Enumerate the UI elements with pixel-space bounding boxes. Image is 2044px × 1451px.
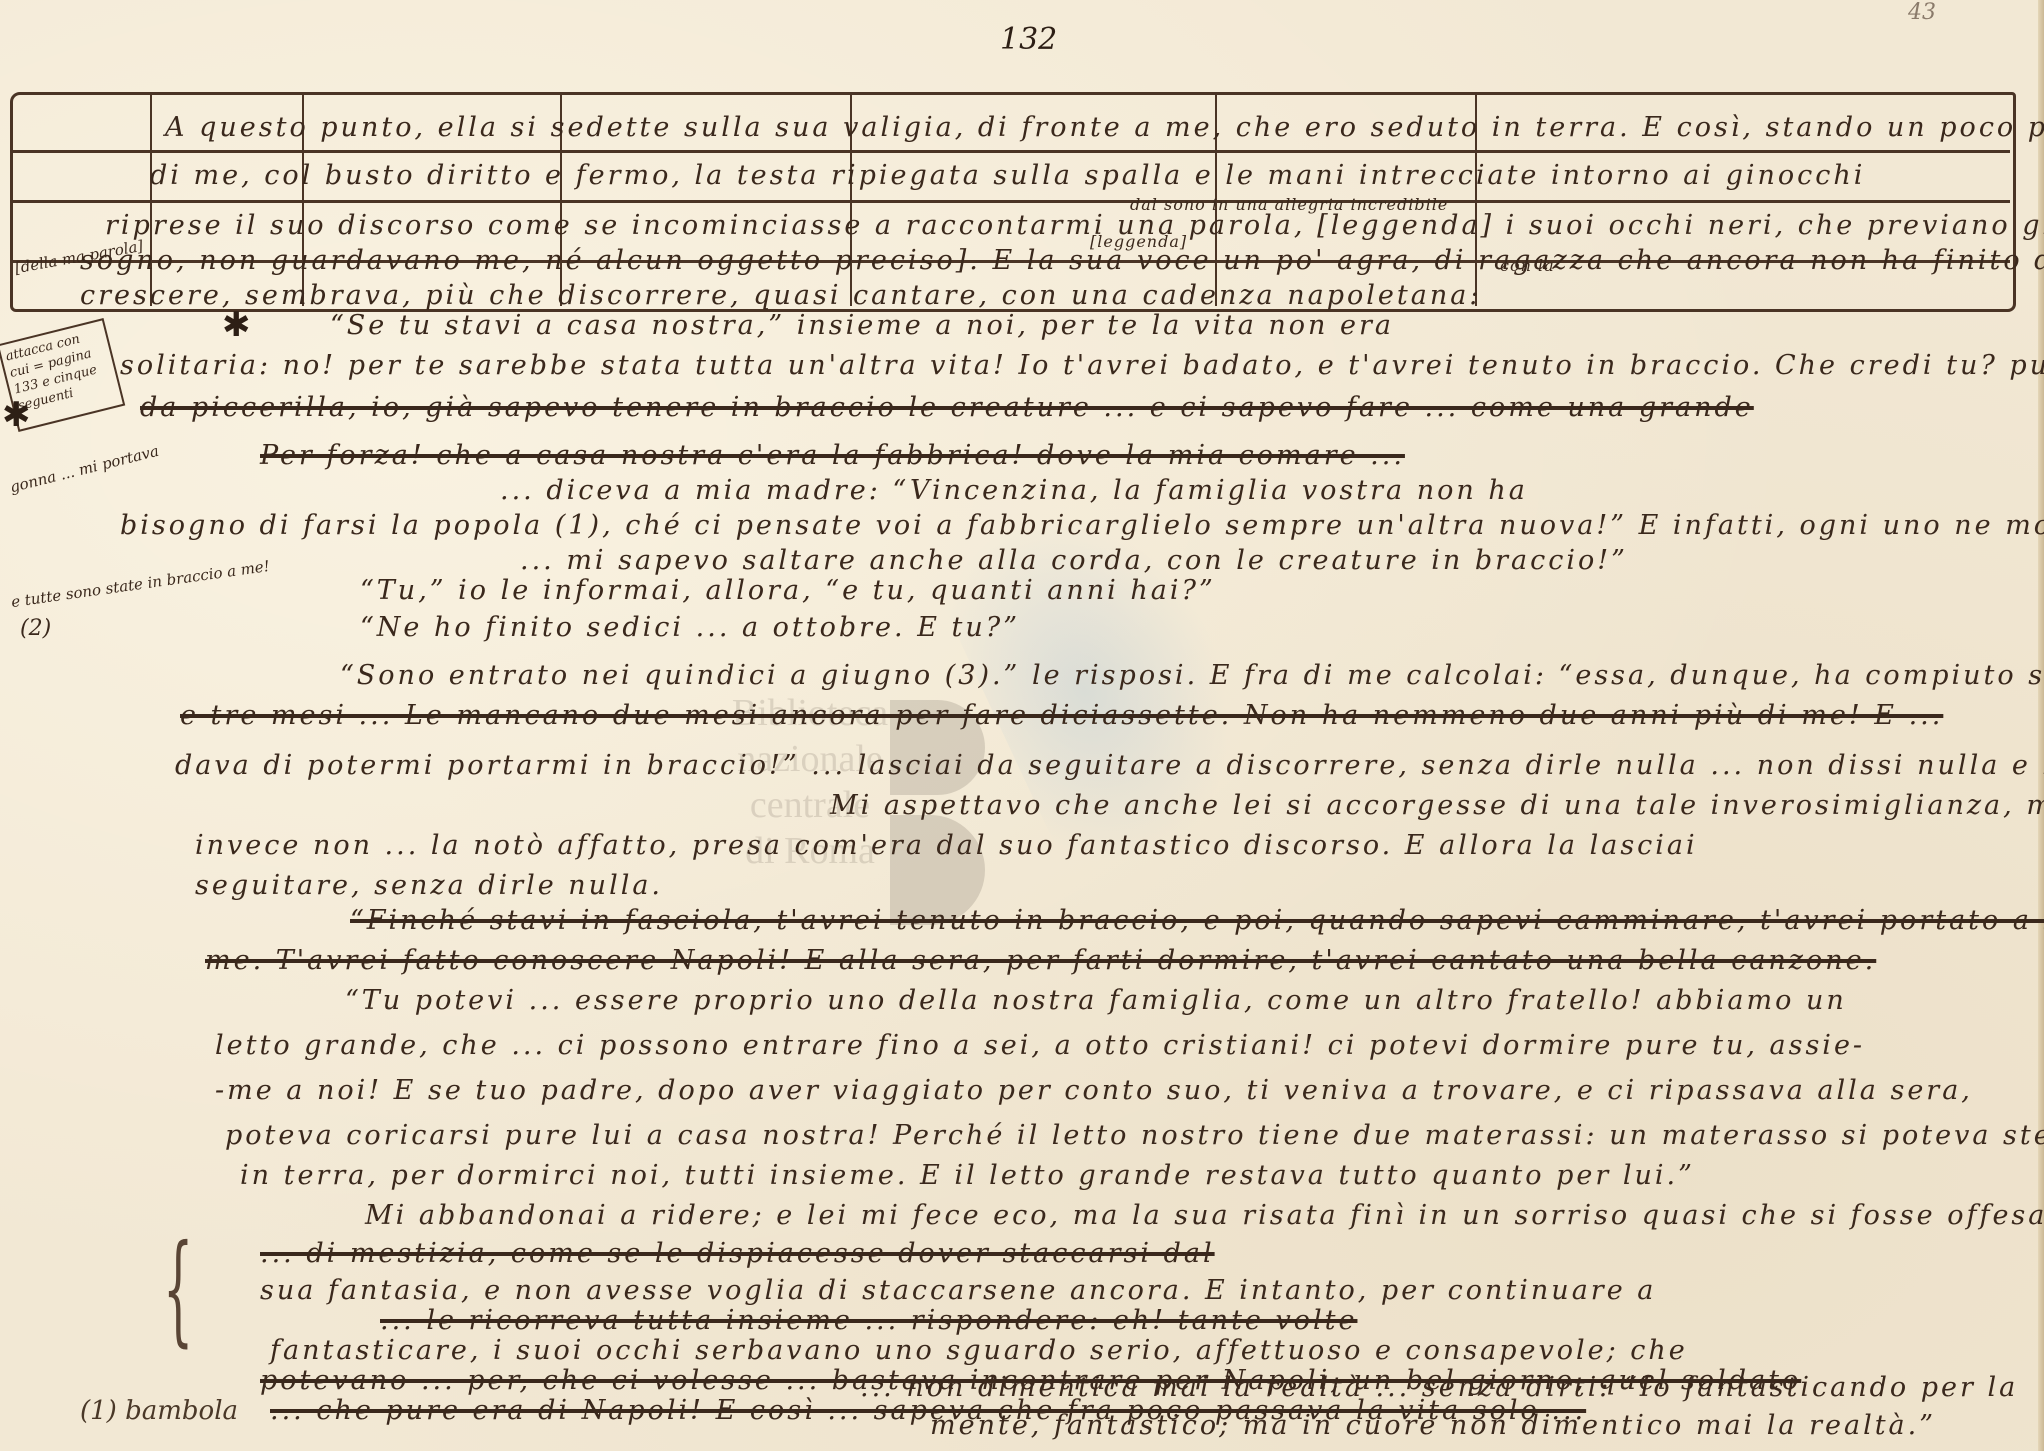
body-line: solitaria: no! per te sarebbe stata tutt… xyxy=(120,350,2044,381)
boxed-line: riprese il suo discorso come se incominc… xyxy=(105,210,2044,241)
body-line: ... non dimentica mai la realtà ... senz… xyxy=(860,1372,2018,1403)
asterisk-mark-icon: ✱ xyxy=(222,305,251,345)
body-line-struck: Per forza! che a casa nostra c'era la fa… xyxy=(260,440,1405,471)
body-line: “Sono entrato nei quindici a giugno (3).… xyxy=(340,660,2044,691)
boxed-line: di me, col busto diritto e fermo, la tes… xyxy=(150,160,1865,191)
margin-note: gonna ... mi portava xyxy=(8,442,161,496)
asterisk-mark-icon: ✱ xyxy=(2,395,31,435)
box-row-line xyxy=(10,200,2010,203)
body-line: letto grande, che ... ci possono entrare… xyxy=(215,1030,1865,1061)
body-line: “Tu,” io le informai, allora, “e tu, qua… xyxy=(360,575,1216,606)
body-line: “Se tu stavi a casa nostra,” insieme a n… xyxy=(330,310,1394,341)
body-line: bisogno di farsi la popola (1), ché ci p… xyxy=(120,510,2044,541)
manuscript-page: 132 43 Biblioteca nazionale centrale di … xyxy=(0,0,2044,1451)
body-line: in terra, per dormirci noi, tutti insiem… xyxy=(240,1160,1695,1191)
body-line: dava di potermi portarmi in braccio!” ..… xyxy=(175,750,2044,781)
body-line: Mi aspettavo che anche lei si accorgesse… xyxy=(830,790,2044,821)
body-line: poteva coricarsi pure lui a casa nostra!… xyxy=(225,1120,2044,1151)
body-line: seguitare, senza dirle nulla. xyxy=(195,870,663,901)
body-line: -me a noi! E se tuo padre, dopo aver via… xyxy=(215,1075,1973,1106)
boxed-line: A questo punto, ella si sedette sulla su… xyxy=(165,112,2044,143)
folio-number: 43 xyxy=(1908,0,1936,25)
interlinear-insertion: dal sono in una allegria incredibile xyxy=(1130,195,1448,214)
body-line: sua fantasia, e non avesse voglia di sta… xyxy=(260,1275,1656,1306)
body-line: Mi abbandonai a ridere; e lei mi fece ec… xyxy=(365,1200,2044,1231)
body-line: “Tu potevi ... essere proprio uno della … xyxy=(345,985,1847,1016)
body-line-struck: ... di mestizia, come se le dispiacesse … xyxy=(260,1238,1215,1269)
body-line: ... mi sapevo saltare anche alla corda, … xyxy=(520,545,1628,576)
body-line-struck: e tre mesi ... Le mancano due mesi ancor… xyxy=(180,700,1943,731)
box-row-line xyxy=(10,150,2010,153)
interlinear-insertion: con la xyxy=(1500,256,1555,275)
body-line: “Ne ho finito sedici ... a ottobre. E tu… xyxy=(360,612,1020,643)
interlinear-insertion: [leggenda] xyxy=(1090,232,1187,251)
boxed-line: sogno, non guardavano me, né alcun ogget… xyxy=(80,245,2044,276)
boxed-line: crescere, sembrava, più che discorrere, … xyxy=(80,280,1481,311)
footnote: (1) bambola xyxy=(80,1396,238,1426)
margin-note-number: (2) xyxy=(20,620,51,638)
body-line-struck: “Finché stavi in fasciola, t'avrei tenut… xyxy=(350,905,2044,936)
body-line-struck: da piccerilla, io, già sapevo tenere in … xyxy=(140,392,1754,423)
body-line: invece non ... la notò affatto, presa co… xyxy=(195,830,1698,861)
body-line: fantasticare, i suoi occhi serbavano uno… xyxy=(270,1335,1688,1366)
margin-note: e tutte sono state in braccio a me! xyxy=(10,557,271,611)
body-line: mente, fantastico; ma in cuore non dimen… xyxy=(930,1410,1936,1441)
body-line-struck: ... le ricorreva tutta insieme ... rispo… xyxy=(380,1305,1357,1336)
body-line-struck: me. T'avrei fatto conoscere Napoli! E al… xyxy=(205,945,1876,976)
body-line: ... diceva a mia madre: “Vincenzina, la … xyxy=(500,475,1528,506)
page-number: 132 xyxy=(1000,22,1057,57)
margin-brace-mark: { xyxy=(163,1220,194,1359)
